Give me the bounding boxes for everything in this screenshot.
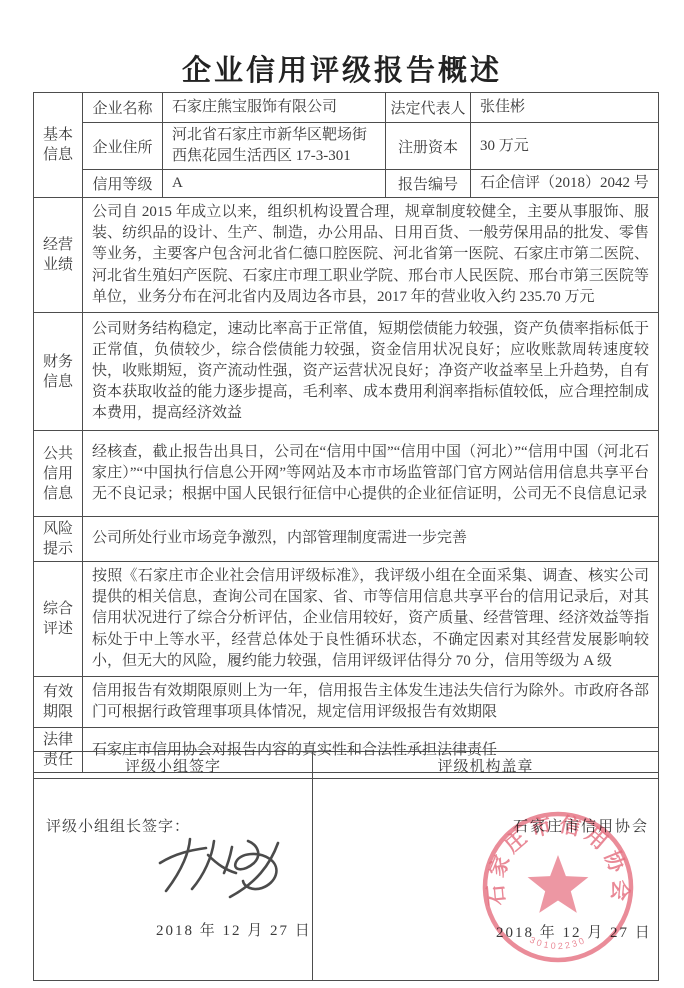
field-value-report-number: 石企信评（2018）2042 号 xyxy=(471,170,659,198)
report-page: 企业信用评级报告概述 基本信息 企业名称 石家庄熊宝服饰有限公司 法定代表人 张… xyxy=(0,0,684,988)
table-row: 经营业绩 公司自 2015 年成立以来，组织机构设置合理，规章制度较健全，主要从… xyxy=(34,198,659,313)
section-content-risk-warning: 公司所处行业市场竞争激烈，内部管理制度需进一步完善 xyxy=(83,517,659,562)
seal-star-icon xyxy=(528,855,589,913)
section-label-comprehensive-review: 综合评述 xyxy=(34,562,83,677)
table-row: 风险提示 公司所处行业市场竞争激烈，内部管理制度需进一步完善 xyxy=(34,517,659,562)
section-label-public-credit-info: 公共信用信息 xyxy=(34,431,83,517)
section-content-validity-period: 信用报告有效期限原则上为一年，信用报告主体发生违法失信行为除外。市政府各部门可根… xyxy=(83,677,659,728)
handwritten-signature xyxy=(156,831,316,911)
field-label-company-address: 企业住所 xyxy=(83,123,163,170)
field-value-registered-capital: 30 万元 xyxy=(471,123,659,170)
field-label-company-name: 企业名称 xyxy=(83,93,163,123)
section-content-business-performance: 公司自 2015 年成立以来，组织机构设置合理，规章制度较健全，主要从事服饰、服… xyxy=(83,198,659,313)
section-content-financial-info: 公司财务结构稳定，速动比率高于正常值，短期偿债能力较强，资产负债率指标低于正常值… xyxy=(83,313,659,431)
table-row: 企业住所 河北省石家庄市新华区靶场街西焦花园生活西区 17-3-301 注册资本… xyxy=(34,123,659,170)
section-label-business-performance: 经营业绩 xyxy=(34,198,83,313)
field-label-credit-rating: 信用等级 xyxy=(83,170,163,198)
document-title: 企业信用评级报告概述 xyxy=(0,48,684,89)
field-label-legal-representative: 法定代表人 xyxy=(386,93,471,123)
section-label-basic-info: 基本信息 xyxy=(34,93,83,198)
section-label-validity-period: 有效期限 xyxy=(34,677,83,728)
field-value-legal-representative: 张佳彬 xyxy=(471,93,659,123)
table-row: 公共信用信息 经核查，截止报告出具日，公司在“信用中国”“信用中国（河北）”“信… xyxy=(34,431,659,517)
section-label-risk-warning: 风险提示 xyxy=(34,517,83,562)
signature-table: 评级小组签字 评级机构盖章 评级小组组长签字： xyxy=(33,751,659,981)
field-label-registered-capital: 注册资本 xyxy=(386,123,471,170)
team-signature-date: 2018 年 12 月 27 日 xyxy=(156,919,312,940)
section-content-comprehensive-review: 按照《石家庄市企业社会信用评级标准》，我评级小组在全面采集、调查、核实公司提供的… xyxy=(83,562,659,677)
table-row: 基本信息 企业名称 石家庄熊宝服饰有限公司 法定代表人 张佳彬 xyxy=(34,93,659,123)
table-row: 评级小组签字 评级机构盖章 xyxy=(34,752,659,779)
table-row: 综合评述 按照《石家庄市企业社会信用评级标准》，我评级小组在全面采集、调查、核实… xyxy=(34,562,659,677)
field-value-credit-rating: A xyxy=(163,170,386,198)
field-label-report-number: 报告编号 xyxy=(386,170,471,198)
section-label-financial-info: 财务信息 xyxy=(34,313,83,431)
field-value-company-address: 河北省石家庄市新华区靶场街西焦花园生活西区 17-3-301 xyxy=(163,123,386,170)
team-signature-header: 评级小组签字 xyxy=(34,752,313,779)
table-row: 评级小组组长签字： 2018 年 12 月 27 日 xyxy=(34,779,659,981)
table-row: 有效期限 信用报告有效期限原则上为一年，信用报告主体发生违法失信行为除外。市政府… xyxy=(34,677,659,728)
table-row: 财务信息 公司财务结构稳定，速动比率高于正常值，短期偿债能力较强，资产负债率指标… xyxy=(34,313,659,431)
agency-seal-header: 评级机构盖章 xyxy=(313,752,659,779)
agency-seal-cell: 石家庄市信用协会 2018 年 12 月 27 日 石家庄市信用协会 xyxy=(313,779,659,981)
team-signature-cell: 评级小组组长签字： 2018 年 12 月 27 日 xyxy=(34,779,313,981)
official-red-seal: 石家庄市信用协会 1301022300 xyxy=(468,797,648,977)
section-content-public-credit-info: 经核查，截止报告出具日，公司在“信用中国”“信用中国（河北）”“信用中国（河北石… xyxy=(83,431,659,517)
report-table: 基本信息 企业名称 石家庄熊宝服饰有限公司 法定代表人 张佳彬 企业住所 河北省… xyxy=(33,92,659,773)
field-value-company-name: 石家庄熊宝服饰有限公司 xyxy=(163,93,386,123)
table-row: 信用等级 A 报告编号 石企信评（2018）2042 号 xyxy=(34,170,659,198)
